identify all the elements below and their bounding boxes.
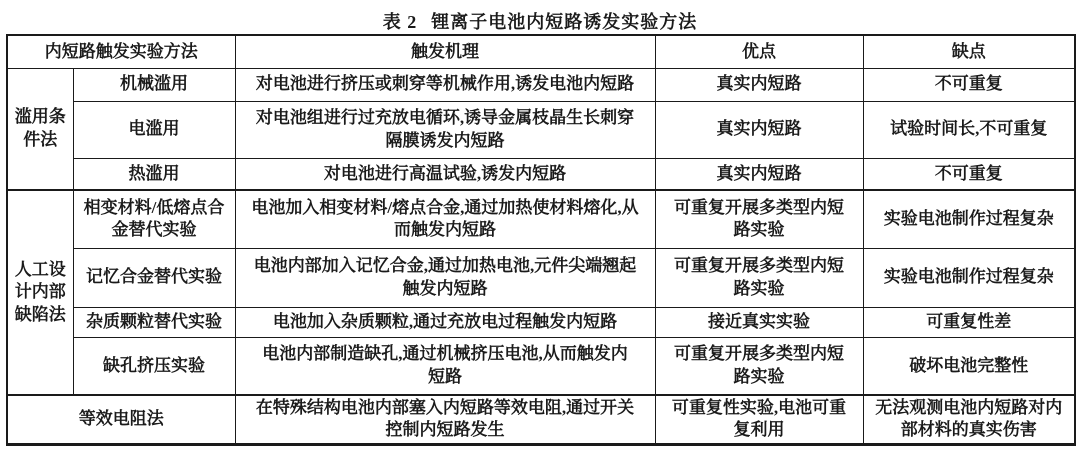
method-cell-equivalent-resistance: 等效电阻法: [7, 395, 235, 444]
table-caption-number: 表 2: [383, 12, 418, 32]
advantage-cell: 真实内短路: [655, 101, 863, 158]
advantage-cell: 可重复开展多类型内短 路实验: [655, 190, 863, 248]
group-label-abuse-condition: 滥用条 件法: [7, 68, 73, 190]
advantage-cell: 接近真实实验: [655, 307, 863, 337]
method-cell: 电滥用: [73, 101, 235, 158]
disadvantage-cell: 实验电池制作过程复杂: [863, 190, 1075, 248]
table-row: 人工设 计内部 缺陷法 相变材料/低熔点合 金替代实验 电池加入相变材料/熔点合…: [7, 190, 1075, 248]
disadvantage-cell: 试验时间长,不可重复: [863, 101, 1075, 158]
header-row: 内短路触发实验方法 触发机理 优点 缺点: [7, 35, 1075, 68]
method-cell: 相变材料/低熔点合 金替代实验: [73, 190, 235, 248]
disadvantage-cell: 不可重复: [863, 158, 1075, 190]
table-row: 杂质颗粒替代实验 电池加入杂质颗粒,通过充放电过程触发内短路 接近真实实验 可重…: [7, 307, 1075, 337]
mechanism-cell: 对电池进行高温试验,诱发内短路: [235, 158, 655, 190]
group-label-artificial-defect: 人工设 计内部 缺陷法: [7, 190, 73, 395]
disadvantage-cell: 不可重复: [863, 68, 1075, 101]
mechanism-cell: 对电池进行挤压或刺穿等机械作用,诱发电池内短路: [235, 68, 655, 101]
table-row: 缺孔挤压实验 电池内部制造缺孔,通过机械挤压电池,从而触发内 短路 可重复开展多…: [7, 337, 1075, 395]
mechanism-cell: 电池加入杂质颗粒,通过充放电过程触发内短路: [235, 307, 655, 337]
table-row: 等效电阻法 在特殊结构电池内部塞入内短路等效电阻,通过开关 控制内短路发生 可重…: [7, 395, 1075, 444]
disadvantage-cell: 破坏电池完整性: [863, 337, 1075, 395]
disadvantage-cell: 实验电池制作过程复杂: [863, 248, 1075, 307]
advantage-cell: 真实内短路: [655, 68, 863, 101]
table-row: 记忆合金替代实验 电池内部加入记忆合金,通过加热电池,元件尖端翘起 触发内短路 …: [7, 248, 1075, 307]
col-header-disadvantage: 缺点: [863, 35, 1075, 68]
method-cell: 机械滥用: [73, 68, 235, 101]
table-caption-title: 锂离子电池内短路诱发实验方法: [431, 12, 697, 32]
table-row: 热滥用 对电池进行高温试验,诱发内短路 真实内短路 不可重复: [7, 158, 1075, 190]
mechanism-cell: 电池内部制造缺孔,通过机械挤压电池,从而触发内 短路: [235, 337, 655, 395]
mechanism-cell: 电池内部加入记忆合金,通过加热电池,元件尖端翘起 触发内短路: [235, 248, 655, 307]
col-header-advantage: 优点: [655, 35, 863, 68]
disadvantage-cell: 无法观测电池内短路对内 部材料的真实伤害: [863, 395, 1075, 444]
mechanism-cell: 在特殊结构电池内部塞入内短路等效电阻,通过开关 控制内短路发生: [235, 395, 655, 444]
method-cell: 记忆合金替代实验: [73, 248, 235, 307]
mechanism-cell: 电池加入相变材料/熔点合金,通过加热使材料熔化,从 而触发内短路: [235, 190, 655, 248]
page: 表 2锂离子电池内短路诱发实验方法 内短路触发实验方法 触发机理 优点 缺点 滥…: [0, 0, 1080, 451]
advantage-cell: 可重复性实验,电池可重 复利用: [655, 395, 863, 444]
experiment-methods-table: 内短路触发实验方法 触发机理 优点 缺点 滥用条 件法 机械滥用 对电池进行挤压…: [6, 34, 1076, 446]
col-header-method: 内短路触发实验方法: [7, 35, 235, 68]
disadvantage-cell: 可重复性差: [863, 307, 1075, 337]
method-cell: 热滥用: [73, 158, 235, 190]
advantage-cell: 真实内短路: [655, 158, 863, 190]
mechanism-cell: 对电池组进行过充放电循环,诱导金属枝晶生长刺穿 隔膜诱发内短路: [235, 101, 655, 158]
table-row: 电滥用 对电池组进行过充放电循环,诱导金属枝晶生长刺穿 隔膜诱发内短路 真实内短…: [7, 101, 1075, 158]
method-cell: 杂质颗粒替代实验: [73, 307, 235, 337]
table-caption: 表 2锂离子电池内短路诱发实验方法: [0, 0, 1080, 32]
advantage-cell: 可重复开展多类型内短 路实验: [655, 248, 863, 307]
method-cell: 缺孔挤压实验: [73, 337, 235, 395]
table-row: 滥用条 件法 机械滥用 对电池进行挤压或刺穿等机械作用,诱发电池内短路 真实内短…: [7, 68, 1075, 101]
col-header-mechanism: 触发机理: [235, 35, 655, 68]
advantage-cell: 可重复开展多类型内短 路实验: [655, 337, 863, 395]
